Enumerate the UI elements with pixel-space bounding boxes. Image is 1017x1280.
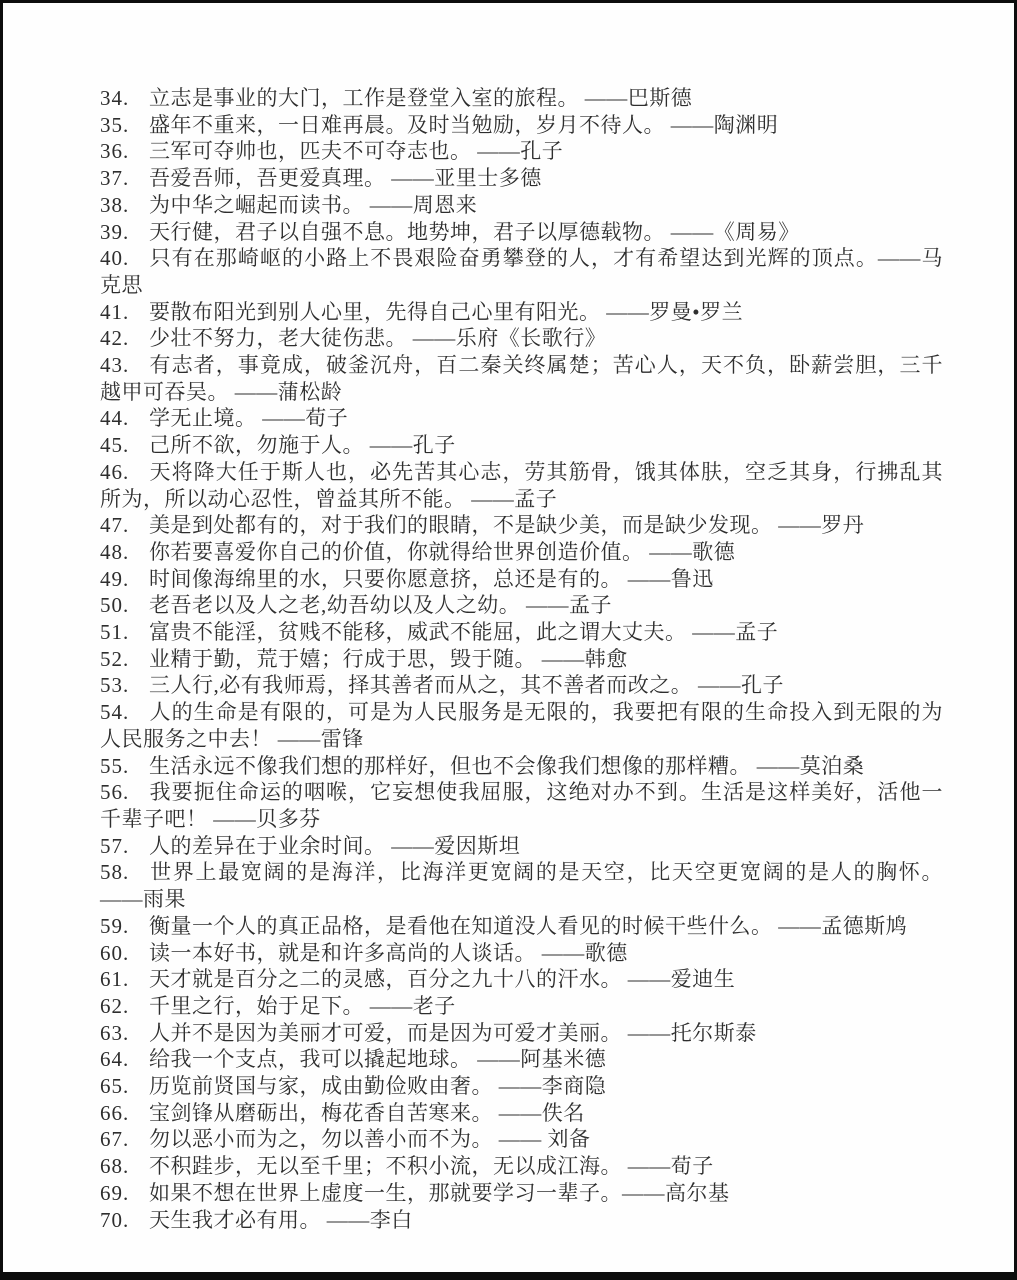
item-text: 学无止境。 ——荀子: [149, 406, 348, 430]
list-item: 47.美是到处都有的，对于我们的眼睛，不是缺少美，而是缺少发现。 ——罗丹: [100, 512, 943, 539]
list-item: 46.天将降大任于斯人也，必先苦其心志，劳其筋骨，饿其体肤，空乏其身，行拂乱其所…: [100, 459, 943, 512]
list-item: 44.学无止境。 ——荀子: [100, 405, 943, 432]
item-text: 只有在那崎岖的小路上不畏艰险奋勇攀登的人，才有希望达到光辉的顶点。——马克思: [100, 246, 943, 297]
list-item: 53.三人行,必有我师焉，择其善者而从之，其不善者而改之。 ——孔子: [100, 672, 943, 699]
list-item: 57.人的差异在于业余时间。 ——爱因斯坦: [100, 833, 943, 860]
item-text: 生活永远不像我们想的那样好，但也不会像我们想像的那样糟。 ——莫泊桑: [149, 754, 864, 778]
item-number: 38.: [100, 192, 134, 219]
item-number: 66.: [100, 1100, 134, 1127]
item-text: 人并不是因为美丽才可爱，而是因为可爱才美丽。 ——托尔斯泰: [149, 1021, 757, 1045]
list-item: 69.如果不想在世界上虚度一生，那就要学习一辈子。——高尔基: [100, 1180, 943, 1207]
item-number: 68.: [100, 1153, 134, 1180]
item-text: 为中华之崛起而读书。 ——周恩来: [149, 193, 477, 217]
item-number: 62.: [100, 993, 134, 1020]
item-number: 34.: [100, 85, 134, 112]
item-number: 43.: [100, 352, 134, 379]
item-text: 三人行,必有我师焉，择其善者而从之，其不善者而改之。 ——孔子: [149, 673, 784, 697]
item-number: 65.: [100, 1073, 134, 1100]
list-item: 37.吾爱吾师，吾更爱真理。 ——亚里士多德: [100, 165, 943, 192]
item-text: 业精于勤，荒于嬉；行成于思，毁于随。 ——韩愈: [149, 647, 628, 671]
item-number: 63.: [100, 1020, 134, 1047]
item-number: 57.: [100, 833, 134, 860]
list-item: 45.己所不欲，勿施于人。 ——孔子: [100, 432, 943, 459]
item-number: 37.: [100, 165, 134, 192]
item-text: 己所不欲，勿施于人。 ——孔子: [149, 433, 456, 457]
list-item: 38.为中华之崛起而读书。 ——周恩来: [100, 192, 943, 219]
item-text: 要散布阳光到别人心里，先得自己心里有阳光。 ——罗曼•罗兰: [149, 300, 743, 324]
list-item: 64.给我一个支点，我可以撬起地球。 ——阿基米德: [100, 1046, 943, 1073]
list-item: 40.只有在那崎岖的小路上不畏艰险奋勇攀登的人，才有希望达到光辉的顶点。——马克…: [100, 245, 943, 298]
list-item: 65.历览前贤国与家，成由勤俭败由奢。 ——李商隐: [100, 1073, 943, 1100]
list-item: 43.有志者，事竟成，破釜沉舟，百二秦关终属楚；苦心人，天不负，卧薪尝胆，三千越…: [100, 352, 943, 405]
item-number: 45.: [100, 432, 134, 459]
item-text: 世界上最宽阔的是海洋，比海洋更宽阔的是天空，比天空更宽阔的是人的胸怀。 ——雨果: [100, 860, 943, 911]
page-border-left: [0, 0, 3, 1280]
item-number: 55.: [100, 753, 134, 780]
list-item: 51.富贵不能淫，贫贱不能移，威武不能屈，此之谓大丈夫。 ——孟子: [100, 619, 943, 646]
item-text: 富贵不能淫，贫贱不能移，威武不能屈，此之谓大丈夫。 ——孟子: [149, 620, 778, 644]
item-number: 49.: [100, 566, 134, 593]
item-number: 48.: [100, 539, 134, 566]
list-item: 58.世界上最宽阔的是海洋，比海洋更宽阔的是天空，比天空更宽阔的是人的胸怀。 —…: [100, 859, 943, 912]
item-number: 59.: [100, 913, 134, 940]
item-text: 千里之行，始于足下。 ——老子: [149, 994, 456, 1018]
item-text: 你若要喜爱你自己的价值，你就得给世界创造价值。 ——歌德: [149, 540, 735, 564]
item-number: 41.: [100, 299, 134, 326]
item-text: 立志是事业的大门，工作是登堂入室的旅程。 ——巴斯德: [149, 86, 692, 110]
item-text: 天将降大任于斯人也，必先苦其心志，劳其筋骨，饿其体肤，空乏其身，行拂乱其所为，所…: [100, 460, 943, 511]
list-item: 41.要散布阳光到别人心里，先得自己心里有阳光。 ——罗曼•罗兰: [100, 299, 943, 326]
item-text: 老吾老以及人之老,幼吾幼以及人之幼。 ——孟子: [149, 593, 612, 617]
item-number: 67.: [100, 1126, 134, 1153]
item-text: 吾爱吾师，吾更爱真理。 ——亚里士多德: [149, 166, 542, 190]
item-text: 少壮不努力，老大徒伤悲。 ——乐府《长歌行》: [149, 326, 606, 350]
item-number: 47.: [100, 512, 134, 539]
item-number: 69.: [100, 1180, 134, 1207]
list-item: 55.生活永远不像我们想的那样好，但也不会像我们想像的那样糟。 ——莫泊桑: [100, 753, 943, 780]
item-text: 给我一个支点，我可以撬起地球。 ——阿基米德: [149, 1047, 606, 1071]
list-item: 62.千里之行，始于足下。 ——老子: [100, 993, 943, 1020]
item-text: 不积跬步，无以至千里；不积小流，无以成江海。 ——荀子: [149, 1154, 714, 1178]
item-number: 60.: [100, 940, 134, 967]
item-text: 时间像海绵里的水，只要你愿意挤，总还是有的。 ——鲁迅: [149, 567, 714, 591]
list-item: 68.不积跬步，无以至千里；不积小流，无以成江海。 ——荀子: [100, 1153, 943, 1180]
item-text: 衡量一个人的真正品格，是看他在知道没人看见的时候干些什么。 ——孟德斯鸠: [149, 914, 907, 938]
item-text: 天生我才必有用。 ——李白: [149, 1208, 413, 1232]
item-number: 52.: [100, 646, 134, 673]
item-text: 有志者，事竟成，破釜沉舟，百二秦关终属楚；苦心人，天不负，卧薪尝胆，三千越甲可吞…: [100, 353, 943, 404]
list-item: 34.立志是事业的大门，工作是登堂入室的旅程。 ——巴斯德: [100, 85, 943, 112]
item-text: 读一本好书，就是和许多高尚的人谈话。 ——歌德: [149, 941, 628, 965]
item-number: 70.: [100, 1207, 134, 1234]
list-item: 36.三军可夺帅也，匹夫不可夺志也。 ——孔子: [100, 138, 943, 165]
item-text: 天才就是百分之二的灵感，百分之九十八的汗水。 ——爱迪生: [149, 967, 735, 991]
item-number: 35.: [100, 112, 134, 139]
list-item: 63.人并不是因为美丽才可爱，而是因为可爱才美丽。 ——托尔斯泰: [100, 1020, 943, 1047]
item-number: 64.: [100, 1046, 134, 1073]
list-item: 42.少壮不努力，老大徒伤悲。 ——乐府《长歌行》: [100, 325, 943, 352]
item-text: 盛年不重来，一日难再晨。及时当勉励，岁月不待人。 ——陶渊明: [149, 113, 778, 137]
item-number: 36.: [100, 138, 134, 165]
item-text: 我要扼住命运的咽喉，它妄想使我屈服，这绝对办不到。生活是这样美好，活他一千辈子吧…: [100, 780, 943, 831]
page-border-top: [0, 0, 1017, 3]
item-number: 58.: [100, 859, 134, 886]
item-text: 人的生命是有限的，可是为人民服务是无限的，我要把有限的生命投入到无限的为人民服务…: [100, 700, 943, 751]
item-number: 46.: [100, 459, 134, 486]
item-text: 历览前贤国与家，成由勤俭败由奢。 ——李商隐: [149, 1074, 606, 1098]
item-number: 53.: [100, 672, 134, 699]
item-text: 如果不想在世界上虚度一生，那就要学习一辈子。——高尔基: [149, 1181, 730, 1205]
list-item: 56.我要扼住命运的咽喉，它妄想使我屈服，这绝对办不到。生活是这样美好，活他一千…: [100, 779, 943, 832]
item-text: 天行健，君子以自强不息。地势坤，君子以厚德载物。 ——《周易》: [149, 220, 800, 244]
list-item: 52.业精于勤，荒于嬉；行成于思，毁于随。 ——韩愈: [100, 646, 943, 673]
quote-list: 34.立志是事业的大门，工作是登堂入室的旅程。 ——巴斯德35.盛年不重来，一日…: [100, 85, 943, 1233]
item-text: 人的差异在于业余时间。 ——爱因斯坦: [149, 834, 520, 858]
item-number: 44.: [100, 405, 134, 432]
list-item: 70.天生我才必有用。 ——李白: [100, 1207, 943, 1234]
list-item: 59.衡量一个人的真正品格，是看他在知道没人看见的时候干些什么。 ——孟德斯鸠: [100, 913, 943, 940]
list-item: 50.老吾老以及人之老,幼吾幼以及人之幼。 ——孟子: [100, 592, 943, 619]
list-item: 54.人的生命是有限的，可是为人民服务是无限的，我要把有限的生命投入到无限的为人…: [100, 699, 943, 752]
list-item: 49.时间像海绵里的水，只要你愿意挤，总还是有的。 ——鲁迅: [100, 566, 943, 593]
document-page: 34.立志是事业的大门，工作是登堂入室的旅程。 ——巴斯德35.盛年不重来，一日…: [0, 0, 1017, 1280]
list-item: 39.天行健，君子以自强不息。地势坤，君子以厚德载物。 ——《周易》: [100, 219, 943, 246]
item-number: 61.: [100, 966, 134, 993]
list-item: 48.你若要喜爱你自己的价值，你就得给世界创造价值。 ——歌德: [100, 539, 943, 566]
item-number: 39.: [100, 219, 134, 246]
item-number: 56.: [100, 779, 134, 806]
item-number: 42.: [100, 325, 134, 352]
item-number: 40.: [100, 245, 134, 272]
list-item: 67.勿以恶小而为之，勿以善小而不为。 —— 刘备: [100, 1126, 943, 1153]
page-border-bottom: [0, 1272, 1017, 1280]
item-number: 50.: [100, 592, 134, 619]
list-item: 60.读一本好书，就是和许多高尚的人谈话。 ——歌德: [100, 940, 943, 967]
item-text: 勿以恶小而为之，勿以善小而不为。 —— 刘备: [149, 1127, 591, 1151]
item-text: 美是到处都有的，对于我们的眼睛，不是缺少美，而是缺少发现。 ——罗丹: [149, 513, 864, 537]
list-item: 35.盛年不重来，一日难再晨。及时当勉励，岁月不待人。 ——陶渊明: [100, 112, 943, 139]
item-text: 三军可夺帅也，匹夫不可夺志也。 ——孔子: [149, 139, 563, 163]
item-number: 54.: [100, 699, 134, 726]
item-number: 51.: [100, 619, 134, 646]
item-text: 宝剑锋从磨砺出，梅花香自苦寒来。 ——佚名: [149, 1101, 585, 1125]
list-item: 66.宝剑锋从磨砺出，梅花香自苦寒来。 ——佚名: [100, 1100, 943, 1127]
list-item: 61.天才就是百分之二的灵感，百分之九十八的汗水。 ——爱迪生: [100, 966, 943, 993]
